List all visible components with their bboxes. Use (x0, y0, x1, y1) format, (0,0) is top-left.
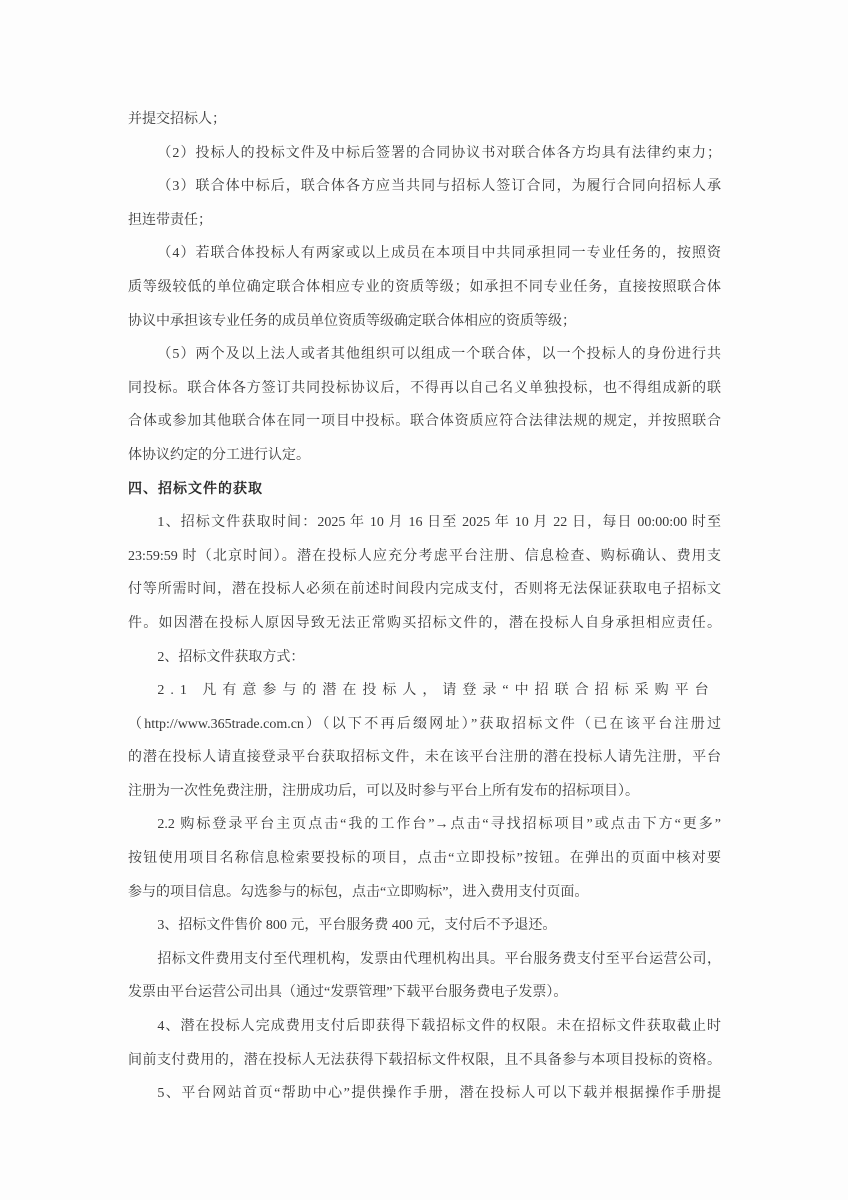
document-line: 协议中承担该专业任务的成员单位资质等级确定联合体相应的资质等级； (128, 305, 721, 339)
document-line: 3、招标文件售价 800 元，平台服务费 400 元，支付后不予退还。 (128, 909, 721, 943)
document-page: 并提交招标人；（2）投标人的投标文件及中标后签署的合同协议书对联合体各方均具有法… (0, 0, 848, 1200)
document-line: 1、招标文件获取时间：2025 年 10 月 16 日至 2025 年 10 月… (128, 506, 721, 540)
document-line: （http://www.365trade.com.cn）（以下不再后缀网址）”获… (128, 708, 721, 742)
document-line: 发票由平台运营公司出具（通过“发票管理”下载平台服务费电子发票）。 (128, 976, 721, 1010)
document-line: 体协议约定的分工进行认定。 (128, 439, 721, 473)
document-line: 同投标。联合体各方签订共同投标协议后，不得再以自己名义单独投标，也不得组成新的联 (128, 372, 721, 406)
document-line: 注册为一次性免费注册，注册成功后，可以及时参与平台上所有发布的招标项目）。 (128, 775, 721, 809)
document-line: 件。如因潜在投标人原因导致无法正常购买招标文件的，潜在投标人自身承担相应责任。 (128, 607, 721, 641)
document-line: 4、潜在投标人完成费用支付后即获得下载招标文件的权限。未在招标文件获取截止时 (128, 1010, 721, 1044)
document-line: 的潜在投标人请直接登录平台获取招标文件，未在该平台注册的潜在投标人请先注册，平台 (128, 741, 721, 775)
document-line: （5）两个及以上法人或者其他组织可以组成一个联合体，以一个投标人的身份进行共 (128, 338, 721, 372)
document-line: 5、平台网站首页“帮助中心”提供操作手册，潜在投标人可以下载并根据操作手册提 (128, 1077, 721, 1111)
document-line: 间前支付费用的，潜在投标人无法获得下载招标文件权限，且不具备参与本项目投标的资格… (128, 1044, 721, 1078)
document-line: 并提交招标人； (128, 103, 721, 137)
document-line: （3）联合体中标后，联合体各方应当共同与招标人签订合同，为履行合同向招标人承 (128, 170, 721, 204)
document-line: 2.1 凡有意参与的潜在投标人，请登录“中招联合招标采购平台 (128, 674, 721, 708)
document-line: 23:59:59 时（北京时间）。潜在投标人应充分考虑平台注册、信息检查、购标确… (128, 540, 721, 574)
document-line: （4）若联合体投标人有两家或以上成员在本项目中共同承担同一专业任务的，按照资 (128, 237, 721, 271)
document-line: 担连带责任； (128, 204, 721, 238)
document-line: 合体或参加其他联合体在同一项目中投标。联合体资质应符合法律法规的规定，并按照联合 (128, 405, 721, 439)
document-content: 并提交招标人；（2）投标人的投标文件及中标后签署的合同协议书对联合体各方均具有法… (128, 103, 721, 1111)
document-line: 2.2 购标登录平台主页点击“我的工作台”→点击“寻找招标项目”或点击下方“更多… (128, 808, 721, 842)
document-line: 招标文件费用支付至代理机构，发票由代理机构出具。平台服务费支付至平台运营公司， (128, 943, 721, 977)
document-line: 参与的项目信息。勾选参与的标包，点击“立即购标”，进入费用支付页面。 (128, 876, 721, 910)
document-line: 质等级较低的单位确定联合体相应专业的资质等级；如承担不同专业任务，直接按照联合体 (128, 271, 721, 305)
document-line: 2、招标文件获取方式： (128, 641, 721, 675)
document-line: 按钮使用项目名称信息检索要投标的项目，点击“立即投标”按钮。在弹出的页面中核对要 (128, 842, 721, 876)
document-line: （2）投标人的投标文件及中标后签署的合同协议书对联合体各方均具有法律约束力； (128, 137, 721, 171)
section-heading: 四、招标文件的获取 (128, 473, 721, 507)
document-line: 付等所需时间，潜在投标人必须在前述时间段内完成支付，否则将无法保证获取电子招标文 (128, 573, 721, 607)
